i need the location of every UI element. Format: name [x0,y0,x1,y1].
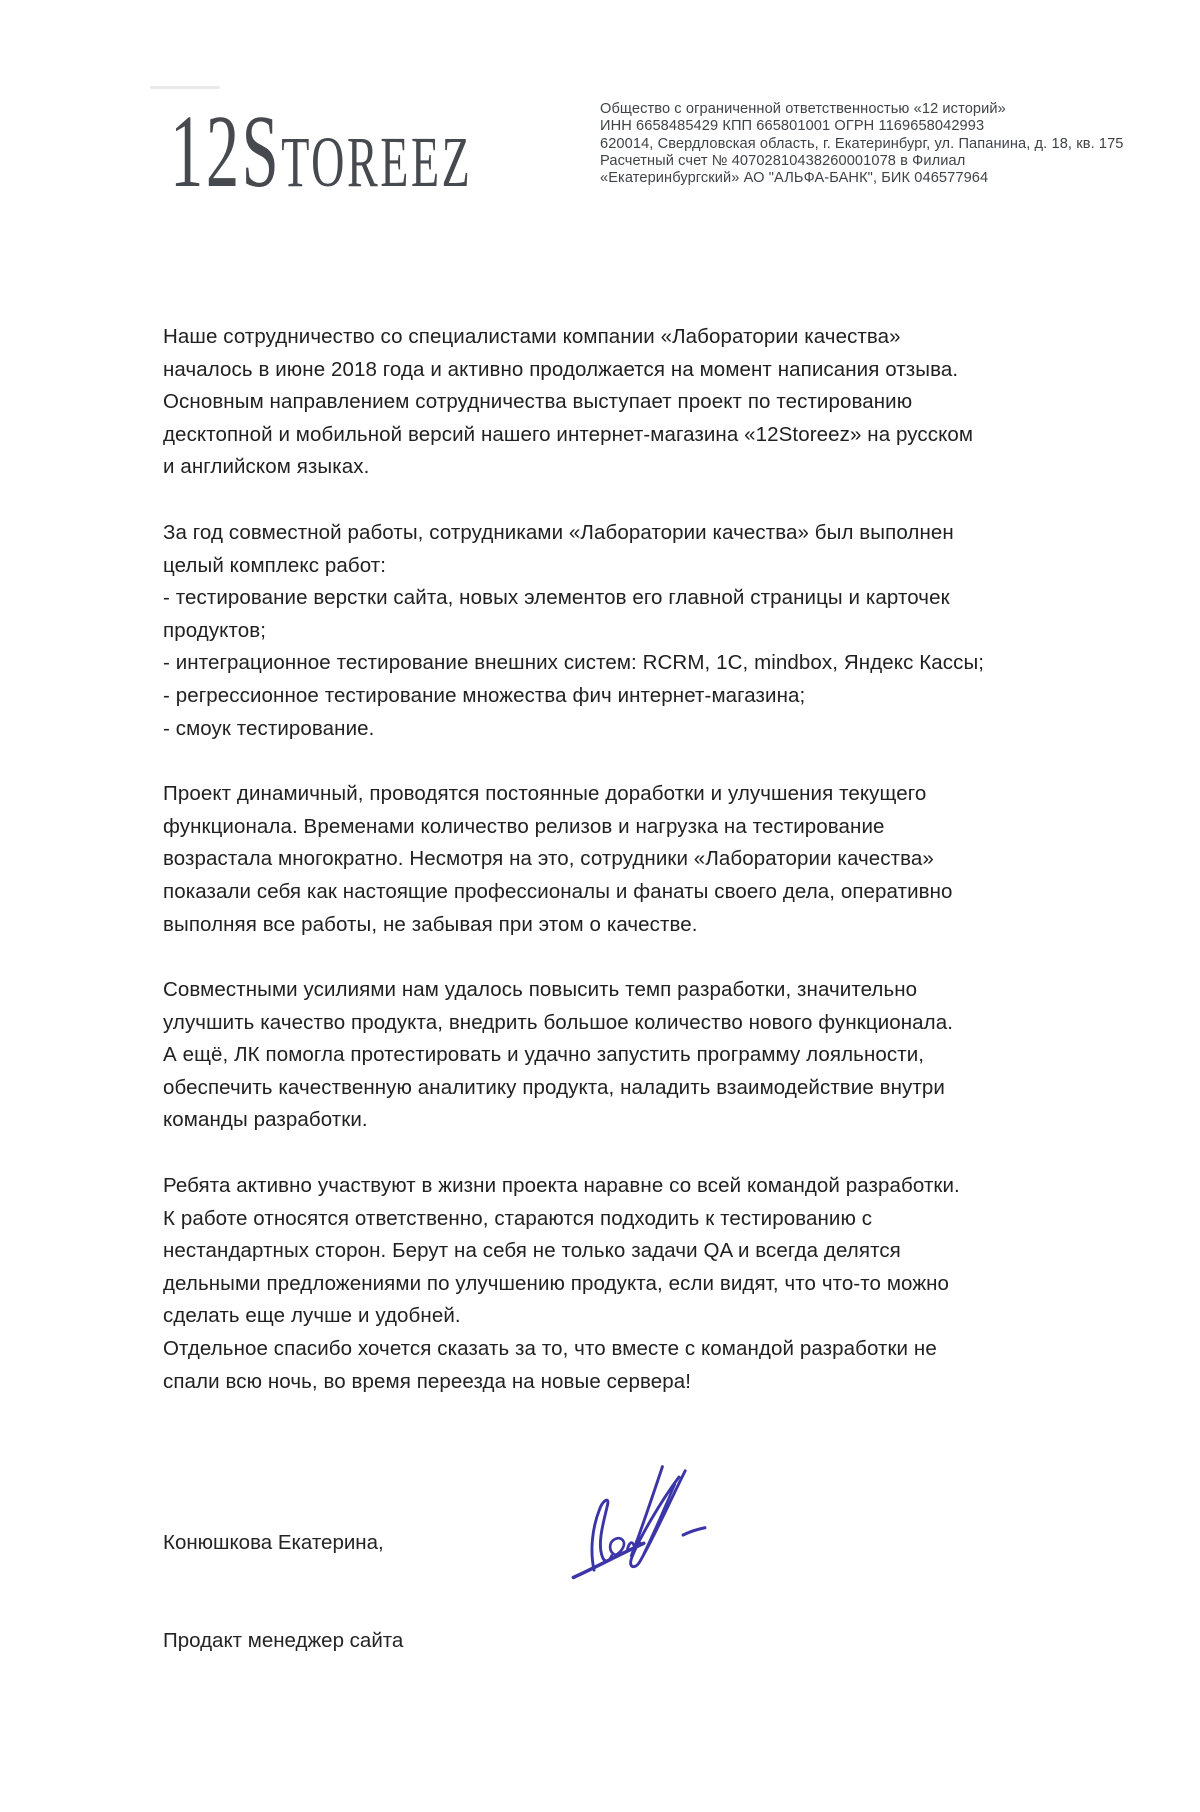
letter-body: Наше сотрудничество со специалистами ком… [163,321,1173,1431]
paragraph-project-dynamics: Проект динамичный, проводятся постоянные… [163,778,1173,941]
handwritten-signature-icon [563,1448,708,1593]
logo-text-large: 12S [170,94,281,209]
scanned-letter-page: 12STOREEZ Общество с ограниченной ответс… [0,0,1200,1812]
signatory-title: Продакт менеджер сайта [163,1625,403,1658]
signature-block: Конюшкова Екатерина, Продакт менеджер са… [163,1462,403,1723]
paragraph-team-praise: Ребята активно участвуют в жизни проекта… [163,1170,1173,1398]
company-details: Общество с ограниченной ответственностью… [600,101,1140,187]
logo-text-small: TOREEZ [281,122,472,202]
signatory-name: Конюшкова Екатерина, [163,1527,403,1560]
paragraph-joint-results: Совместными усилиями нам удалось повысит… [163,974,1173,1137]
scan-artifact [150,86,220,89]
company-logo: 12STOREEZ [170,100,472,204]
paragraph-introduction: Наше сотрудничество со специалистами ком… [163,321,1173,484]
paragraph-work-list: За год совместной работы, сотрудниками «… [163,517,1173,745]
